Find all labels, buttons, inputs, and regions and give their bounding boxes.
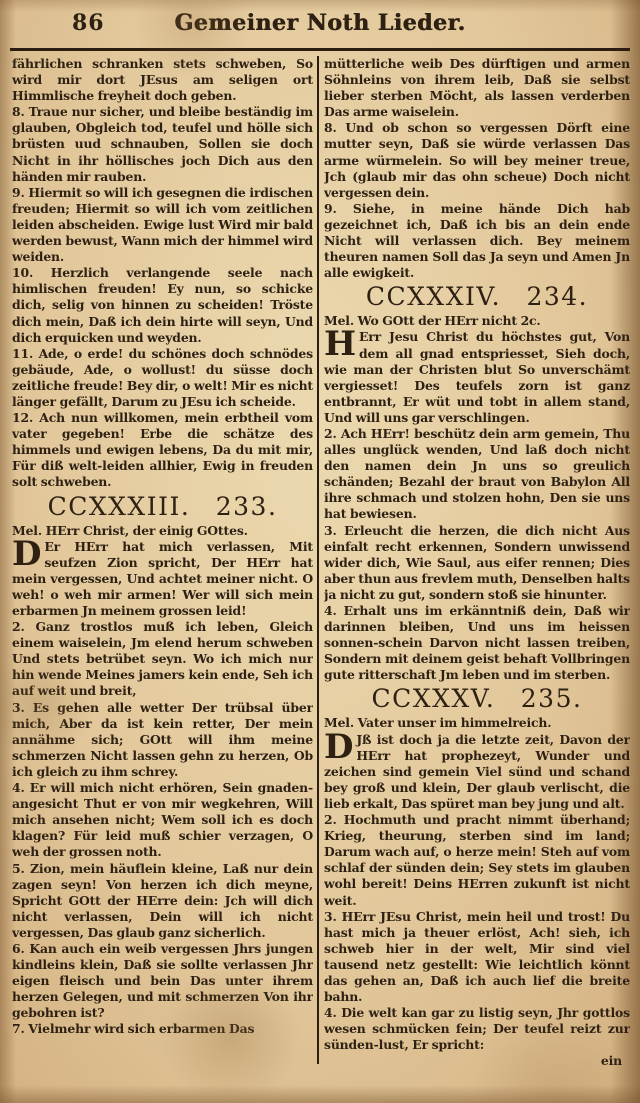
verse-paragraph: mütterliche weib Des dürftigen und armen… (324, 56, 630, 120)
verse-paragraph: 2. Ach HErr! beschütz dein arm gemein, T… (324, 426, 630, 523)
verse-paragraph: 4. Die welt kan gar zu listig seyn, Jhr … (324, 1005, 630, 1053)
verse-paragraph: 5. Zion, mein häuflein kleine, Laß nur d… (12, 861, 313, 941)
verse-paragraph: 3. Erleucht die herzen, die dich nicht A… (324, 523, 630, 603)
verse-paragraph: 4. Erhalt uns im erkänntniß dein, Daß wi… (324, 603, 630, 683)
verse-paragraph: 6. Kan auch ein weib vergessen Jhrs jung… (12, 941, 313, 1021)
verse-paragraph: 8. Und ob schon so vergessen Dörft eine … (324, 120, 630, 200)
left-column: fährlichen schranken stets schweben, So … (12, 56, 313, 1068)
page-header: 86 Gemeiner Noth Lieder. (0, 0, 640, 46)
hymn-number-heading: CCXXXIII. 233. (12, 492, 313, 522)
melody-line: Mel. Wo GOtt der HErr nicht 2c. (324, 313, 630, 329)
drop-cap: D (324, 732, 356, 761)
verse-paragraph: 4. Er will mich nicht erhören, Sein gnad… (12, 780, 313, 860)
verse-paragraph: HErr Jesu Christ du höchstes gut, Von de… (324, 329, 630, 426)
text-columns: fährlichen schranken stets schweben, So … (0, 51, 640, 1068)
verse-paragraph: 2. Hochmuth und pracht nimmt überhand; K… (324, 812, 630, 909)
verse-paragraph: fährlichen schranken stets schweben, So … (12, 56, 313, 104)
verse-paragraph: 8. Traue nur sicher, und bleibe beständi… (12, 104, 313, 184)
verse-paragraph: 10. Herzlich verlangende seele nach himl… (12, 265, 313, 345)
verse-paragraph: 12. Ach nun willkomen, mein erbtheil vom… (12, 410, 313, 490)
verse-paragraph: 9. Hiermit so will ich gesegnen die irdi… (12, 185, 313, 265)
catchword: ein (324, 1053, 630, 1068)
verse-paragraph: 2. Ganz trostlos muß ich leben, Gleich e… (12, 619, 313, 699)
verse-paragraph: 9. Siehe, in meine hände Dich hab gezeic… (324, 201, 630, 281)
verse-paragraph: 3. HErr JEsu Christ, mein heil und trost… (324, 909, 630, 1006)
verse-paragraph: 7. Vielmehr wird sich erbarmen Das (12, 1021, 313, 1037)
drop-cap: D (12, 539, 44, 568)
melody-line: Mel. Vater unser im himmelreich. (324, 715, 630, 731)
verse-paragraph: 11. Ade, o erde! du schönes doch schnöde… (12, 346, 313, 410)
verse-paragraph: DJß ist doch ja die letzte zeit, Davon d… (324, 732, 630, 812)
verse-paragraph: 3. Es gehen alle wetter Der trübsal über… (12, 700, 313, 780)
hymn-number-heading: CCXXXV. 235. (324, 684, 630, 714)
right-column: mütterliche weib Des dürftigen und armen… (324, 56, 630, 1068)
page-title: Gemeiner Noth Lieder. (0, 10, 640, 36)
drop-cap: H (324, 329, 359, 358)
hymn-number-heading: CCXXXIV. 234. (324, 282, 630, 312)
verse-paragraph: DEr HErr hat mich verlassen, Mit seufzen… (12, 539, 313, 619)
melody-line: Mel. HErr Christ, der einig GOttes. (12, 523, 313, 539)
column-divider-rule (317, 56, 319, 1064)
book-page-scan: 86 Gemeiner Noth Lieder. fährlichen schr… (0, 0, 640, 1103)
